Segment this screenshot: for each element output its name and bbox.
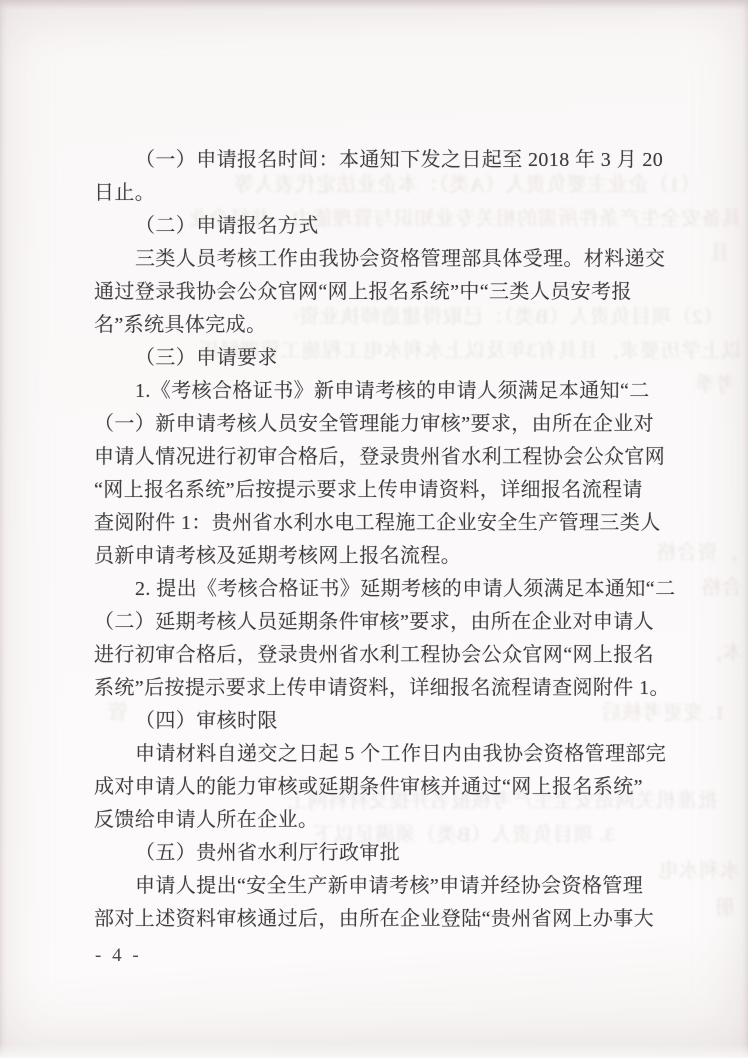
bleed-through-text: 且 xyxy=(686,240,730,267)
bleed-through-text: 本， xyxy=(695,640,743,667)
document-body: （一）申请报名时间：本通知下发之日起至 2018 年 3 月 20日止。（二）申… xyxy=(94,144,674,936)
text-line: （五）贵州省水利厅行政审批 xyxy=(94,837,674,870)
text-line: （二）申请报名方式 xyxy=(94,210,674,243)
text-line: 查阅附件 1：贵州省水利水电工程施工企业安全生产管理三类人 xyxy=(94,507,674,540)
text-line: 反馈给申请人所在企业。 xyxy=(94,804,674,837)
text-line: 申请人提出“安全生产新申请考核”申请并经协会资格管理 xyxy=(94,870,674,903)
text-line: 系统”后按提示要求上传申请资料，详细报名流程请查阅附件 1。 xyxy=(94,672,674,705)
text-line: 进行初审合格后，登录贵州省水利工程协会公众官网“网上报名 xyxy=(94,639,674,672)
text-line: 日止。 xyxy=(94,177,674,210)
text-line: 1.《考核合格证书》新申请考核的申请人须满足本通知“二 xyxy=(94,375,674,408)
text-line: 申请材料自递交之日起 5 个工作日内由我协会资格管理部完 xyxy=(94,738,674,771)
text-line: 申请人情况进行初审合格后，登录贵州省水利工程协会公众官网 xyxy=(94,441,674,474)
bleed-through-text: 册 xyxy=(680,895,735,922)
text-line: （四）审核时限 xyxy=(94,705,674,738)
page-number: - 4 - xyxy=(95,945,142,967)
text-line: （一）新申请考核人员安全管理能力审核”要求，由所在企业对 xyxy=(94,408,674,441)
text-line: 部对上述资料审核通过后，由所在企业登陆“贵州省网上办事大 xyxy=(94,903,674,936)
text-line: “网上报名系统”后按提示要求上传申请资料，详细报名流程请 xyxy=(94,474,674,507)
text-line: 三类人员考核工作由我协会资格管理部具体受理。材料递交 xyxy=(94,243,674,276)
bleed-through-text: 合格 xyxy=(690,575,742,602)
text-line: 通过登录我协会公众官网“网上报名系统”中“三类人员安考报 xyxy=(94,276,674,309)
text-line: 2. 提出《考核合格证书》延期考核的申请人须满足本通知“二 xyxy=(94,573,674,606)
text-line: 员新申请考核及延期考核网上报名流程。 xyxy=(94,540,674,573)
text-line: （三）申请要求 xyxy=(94,342,674,375)
text-line: （一）申请报名时间：本通知下发之日起至 2018 年 3 月 20 xyxy=(94,144,674,177)
scanned-document-page: （1）企业主要负责人（A类）：本企业法定代表人等具备安全生产条件所需的相关专业知… xyxy=(0,0,748,1058)
text-line: 名”系统具体完成。 xyxy=(94,309,674,342)
text-line: （二）延期考核人员延期条件审核”要求，由所在企业对申请人 xyxy=(94,606,674,639)
text-line: 成对申请人的能力审核或延期条件审核并通过“网上报名系统” xyxy=(94,771,674,804)
